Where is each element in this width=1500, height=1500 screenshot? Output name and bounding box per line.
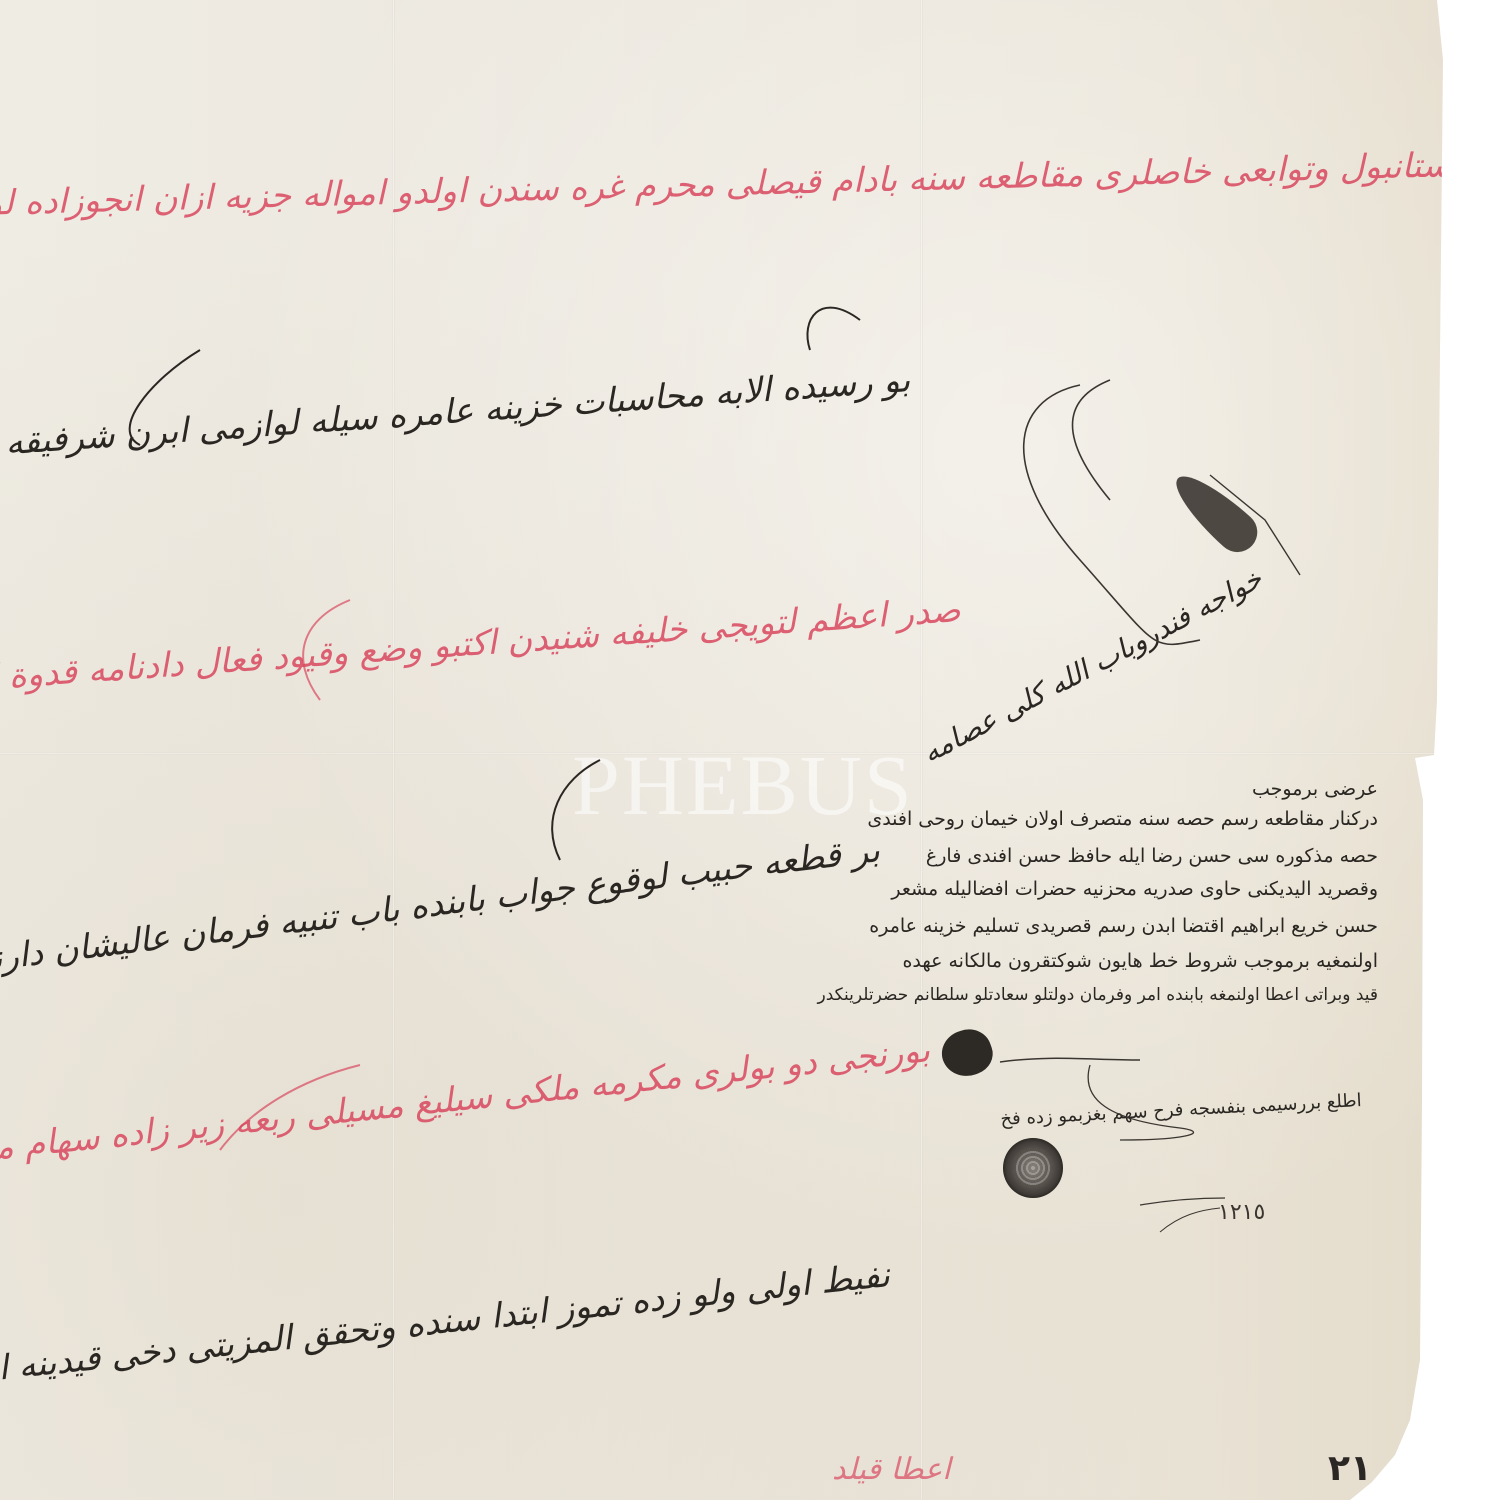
manuscript-paper: استانبول وتوابعی خاصلری مقاطعه سنه بادام… xyxy=(0,0,1450,1500)
calligraphy-flourishes xyxy=(0,0,1450,1500)
